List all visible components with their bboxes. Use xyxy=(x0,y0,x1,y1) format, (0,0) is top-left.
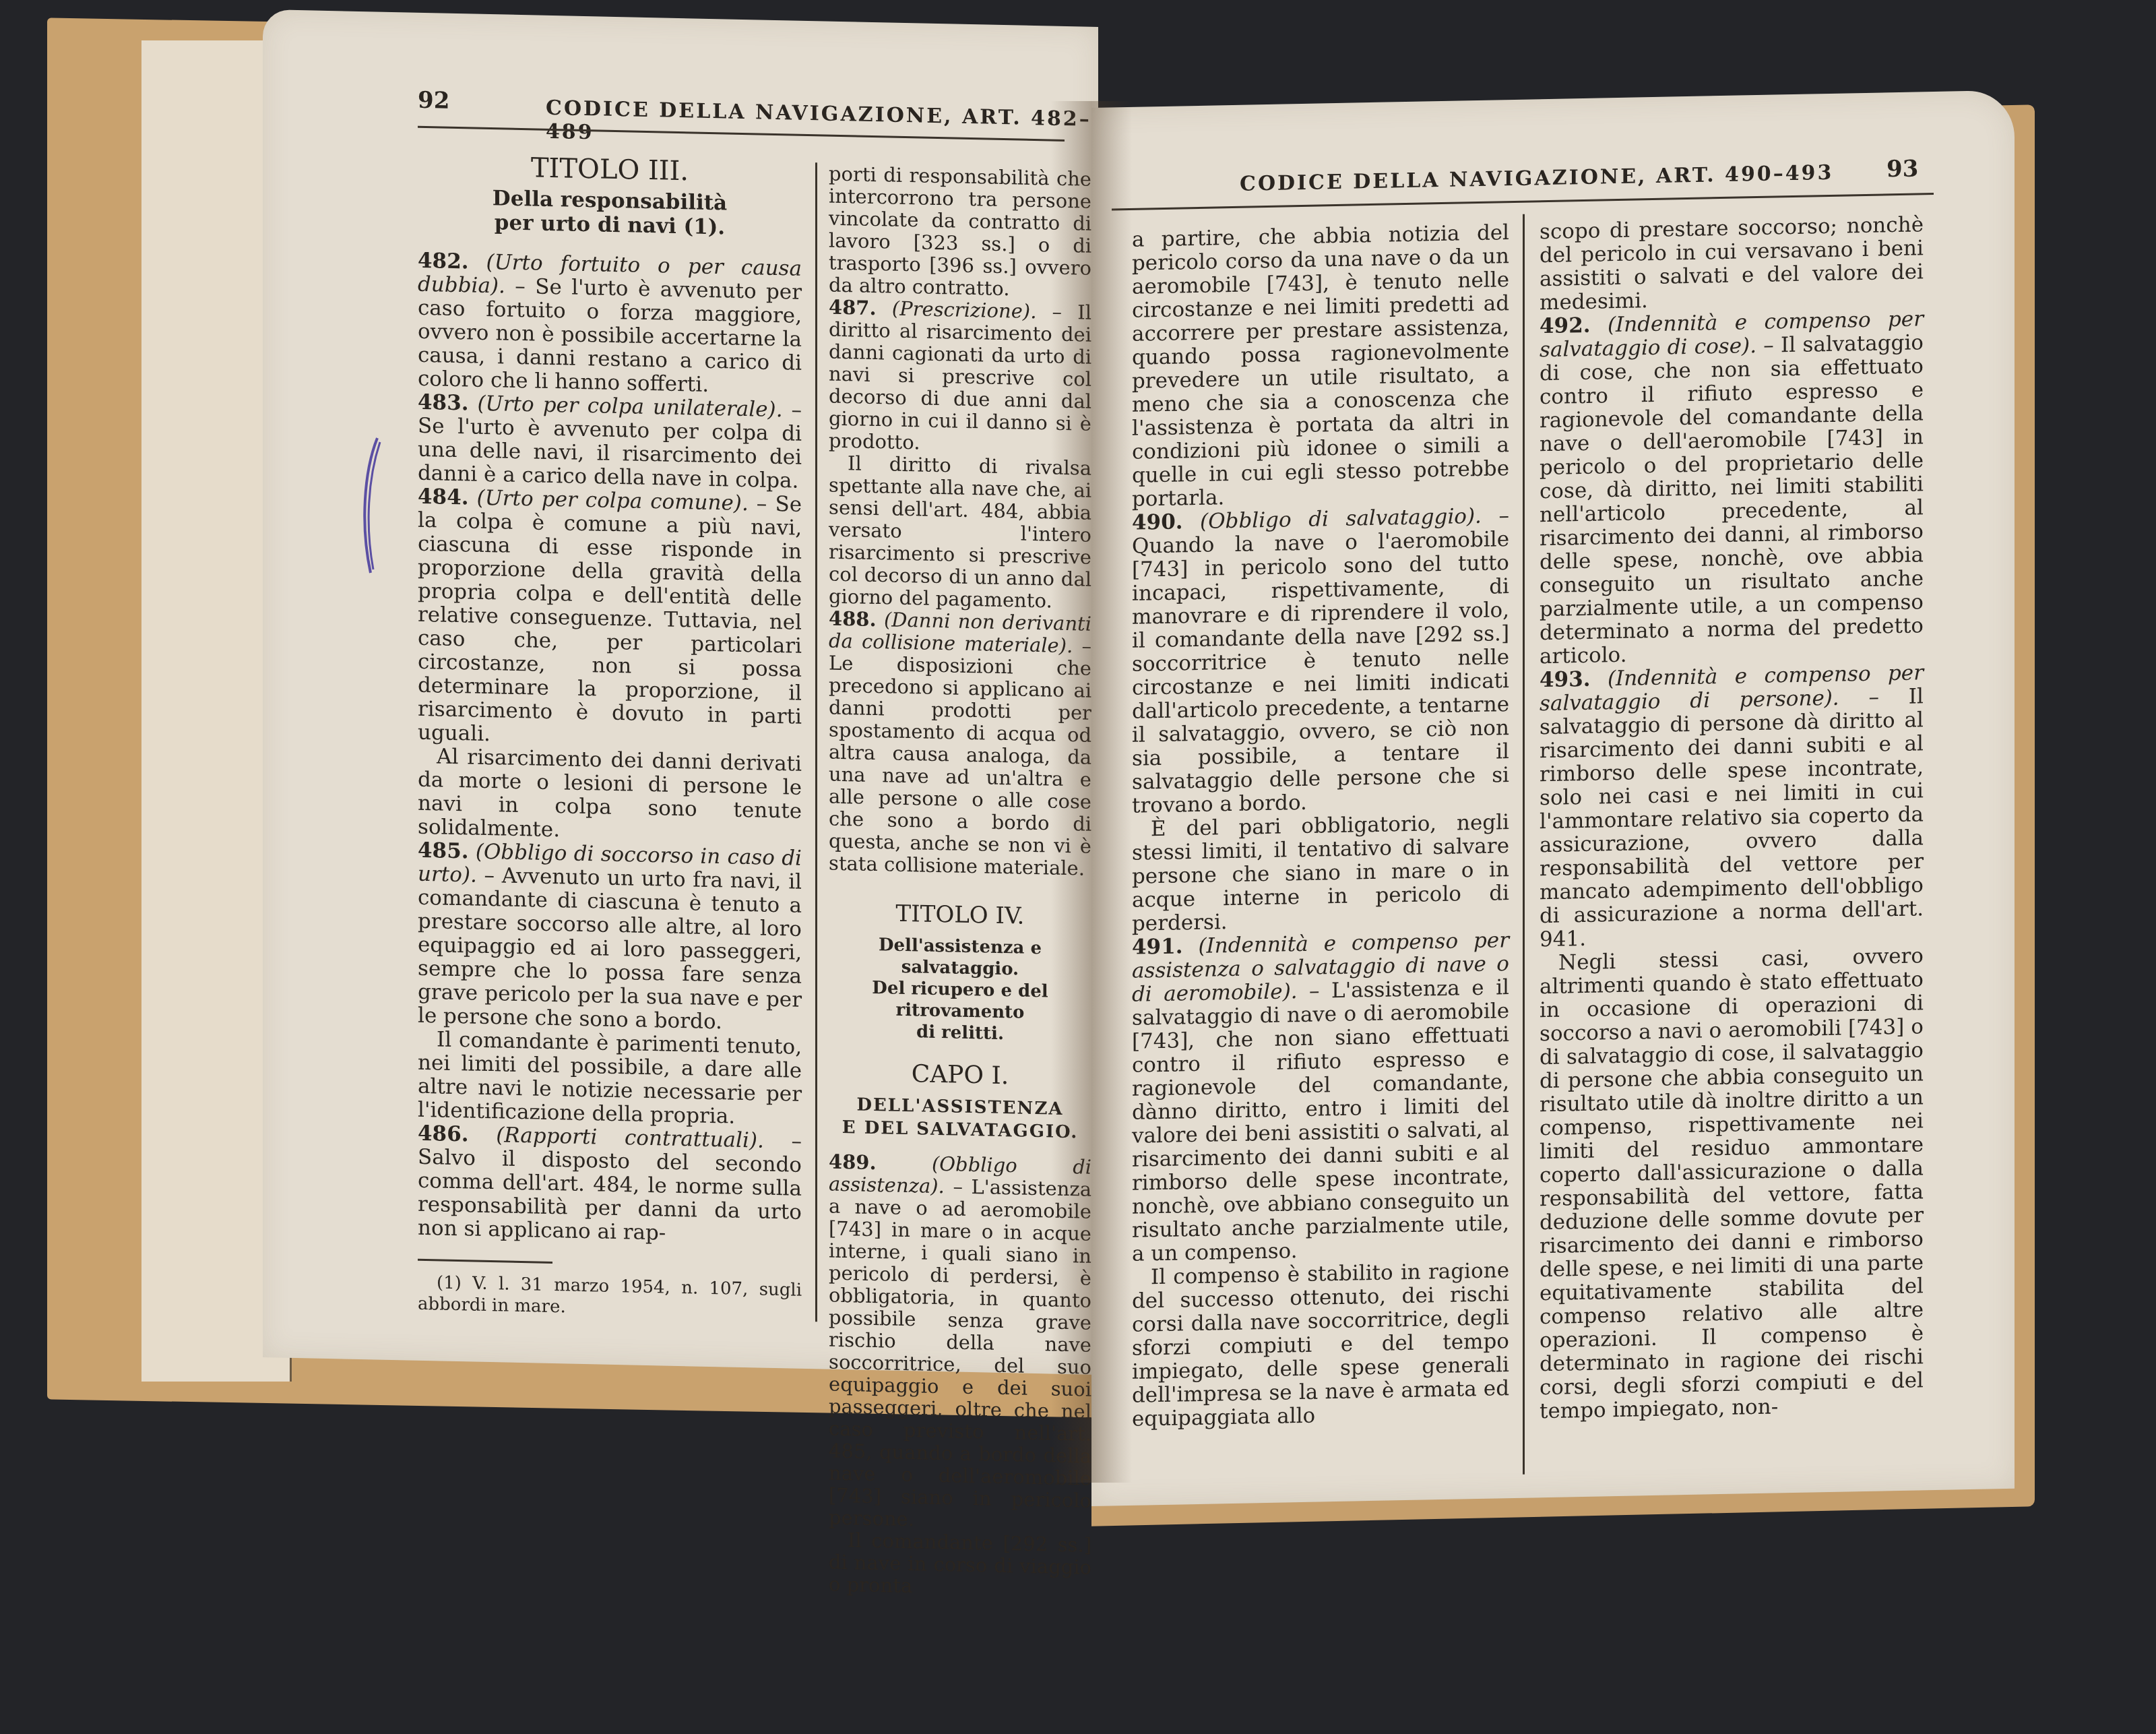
left-page-column-2: porti di responsabilità che intercorrono… xyxy=(829,163,1091,1601)
right-page-column-1: a partire, che abbia notizia del pericol… xyxy=(1132,221,1509,1431)
article-489-continuation: a partire, che abbia notizia del pericol… xyxy=(1132,221,1509,512)
header-rule xyxy=(1112,193,1934,210)
article-487-para2: Il diritto di rivalsa spettante alla nav… xyxy=(829,452,1091,613)
left-page-column-1: TITOLO III. Della responsabilità per urt… xyxy=(418,154,802,1323)
article-484: 484. (Urto per colpa comune). – Se la co… xyxy=(418,485,802,753)
article-493: 493. (Indennità e compenso per salvatagg… xyxy=(1540,661,1924,952)
article-485-para2: Il comandante è parimenti tenuto, nei li… xyxy=(418,1028,802,1130)
running-head: CODICE DELLA NAVIGAZIONE, ART. 482–489 xyxy=(546,96,1098,155)
page-number: 93 xyxy=(1886,155,1918,183)
footnote: (1) V. l. 31 marzo 1954, n. 107, sugli a… xyxy=(418,1272,802,1323)
article-490-para2: È del pari obbligatorio, negli stessi li… xyxy=(1132,811,1509,936)
footnote-rule xyxy=(418,1259,552,1264)
column-separator xyxy=(815,162,817,1322)
article-489: 489. (Obbligo di assistenza). – L'assist… xyxy=(829,1151,1091,1535)
article-485: 485. (Obbligo di soccorso in caso di urt… xyxy=(418,839,802,1036)
article-486: 486. (Rapporti contrattuali). – Salvo il… xyxy=(418,1122,802,1248)
article-493-para2: Negli stessi casi, ovvero altrimenti qua… xyxy=(1540,944,1924,1423)
article-488: 488. (Danni non derivanti da collisione … xyxy=(829,608,1091,880)
article-492: 492. (Indennità e compenso per salvatagg… xyxy=(1540,307,1924,669)
article-489-para2: Il comandante [292 ss.] di nave in corso… xyxy=(829,1529,1091,1601)
article-491-para2: Il compenso è stabilito in ragione del s… xyxy=(1132,1259,1509,1431)
article-483: 483. (Urto per colpa unilaterale). – Se … xyxy=(418,391,802,493)
titolo-subheading: Dell'assistenza e salvataggio. xyxy=(829,933,1091,982)
article-484-para2: Al risarcimento dei danni derivati da mo… xyxy=(418,745,802,847)
article-491-continuation: scopo di prestare soccorso; nonchè del p… xyxy=(1540,213,1924,315)
article-486-continuation: porti di responsabilità che intercorrono… xyxy=(829,163,1091,302)
right-page: CODICE DELLA NAVIGAZIONE, ART. 490–493 9… xyxy=(1091,90,2015,1506)
article-487: 487. (Prescrizione). – Il diritto al ris… xyxy=(829,297,1091,458)
capo-subheading: E DEL SALVATAGGIO. xyxy=(829,1116,1091,1144)
capo-heading: CAPO I. xyxy=(829,1061,1091,1089)
titolo-subheading: di relitti. xyxy=(829,1020,1091,1047)
running-head: CODICE DELLA NAVIGAZIONE, ART. 490–493 xyxy=(1240,161,1833,196)
pen-mark-icon xyxy=(357,431,384,580)
article-491: 491. (Indennità e compenso per assistenz… xyxy=(1132,929,1509,1266)
right-page-column-2: scopo di prestare soccorso; nonchè del p… xyxy=(1540,213,1924,1423)
titolo-iv-heading: TITOLO IV. xyxy=(829,902,1091,929)
page-number: 92 xyxy=(418,87,449,115)
left-page: 92 CODICE DELLA NAVIGAZIONE, ART. 482–48… xyxy=(263,9,1098,1375)
titolo-subheading: Del ricupero e del ritrovamento xyxy=(829,977,1091,1025)
article-490: 490. (Obbligo di salvataggio). – Quando … xyxy=(1132,504,1509,818)
article-482: 482. (Urto fortuito o per causa dubbia).… xyxy=(418,249,802,399)
column-separator xyxy=(1523,214,1525,1475)
titolo-heading: TITOLO III. xyxy=(418,154,802,186)
